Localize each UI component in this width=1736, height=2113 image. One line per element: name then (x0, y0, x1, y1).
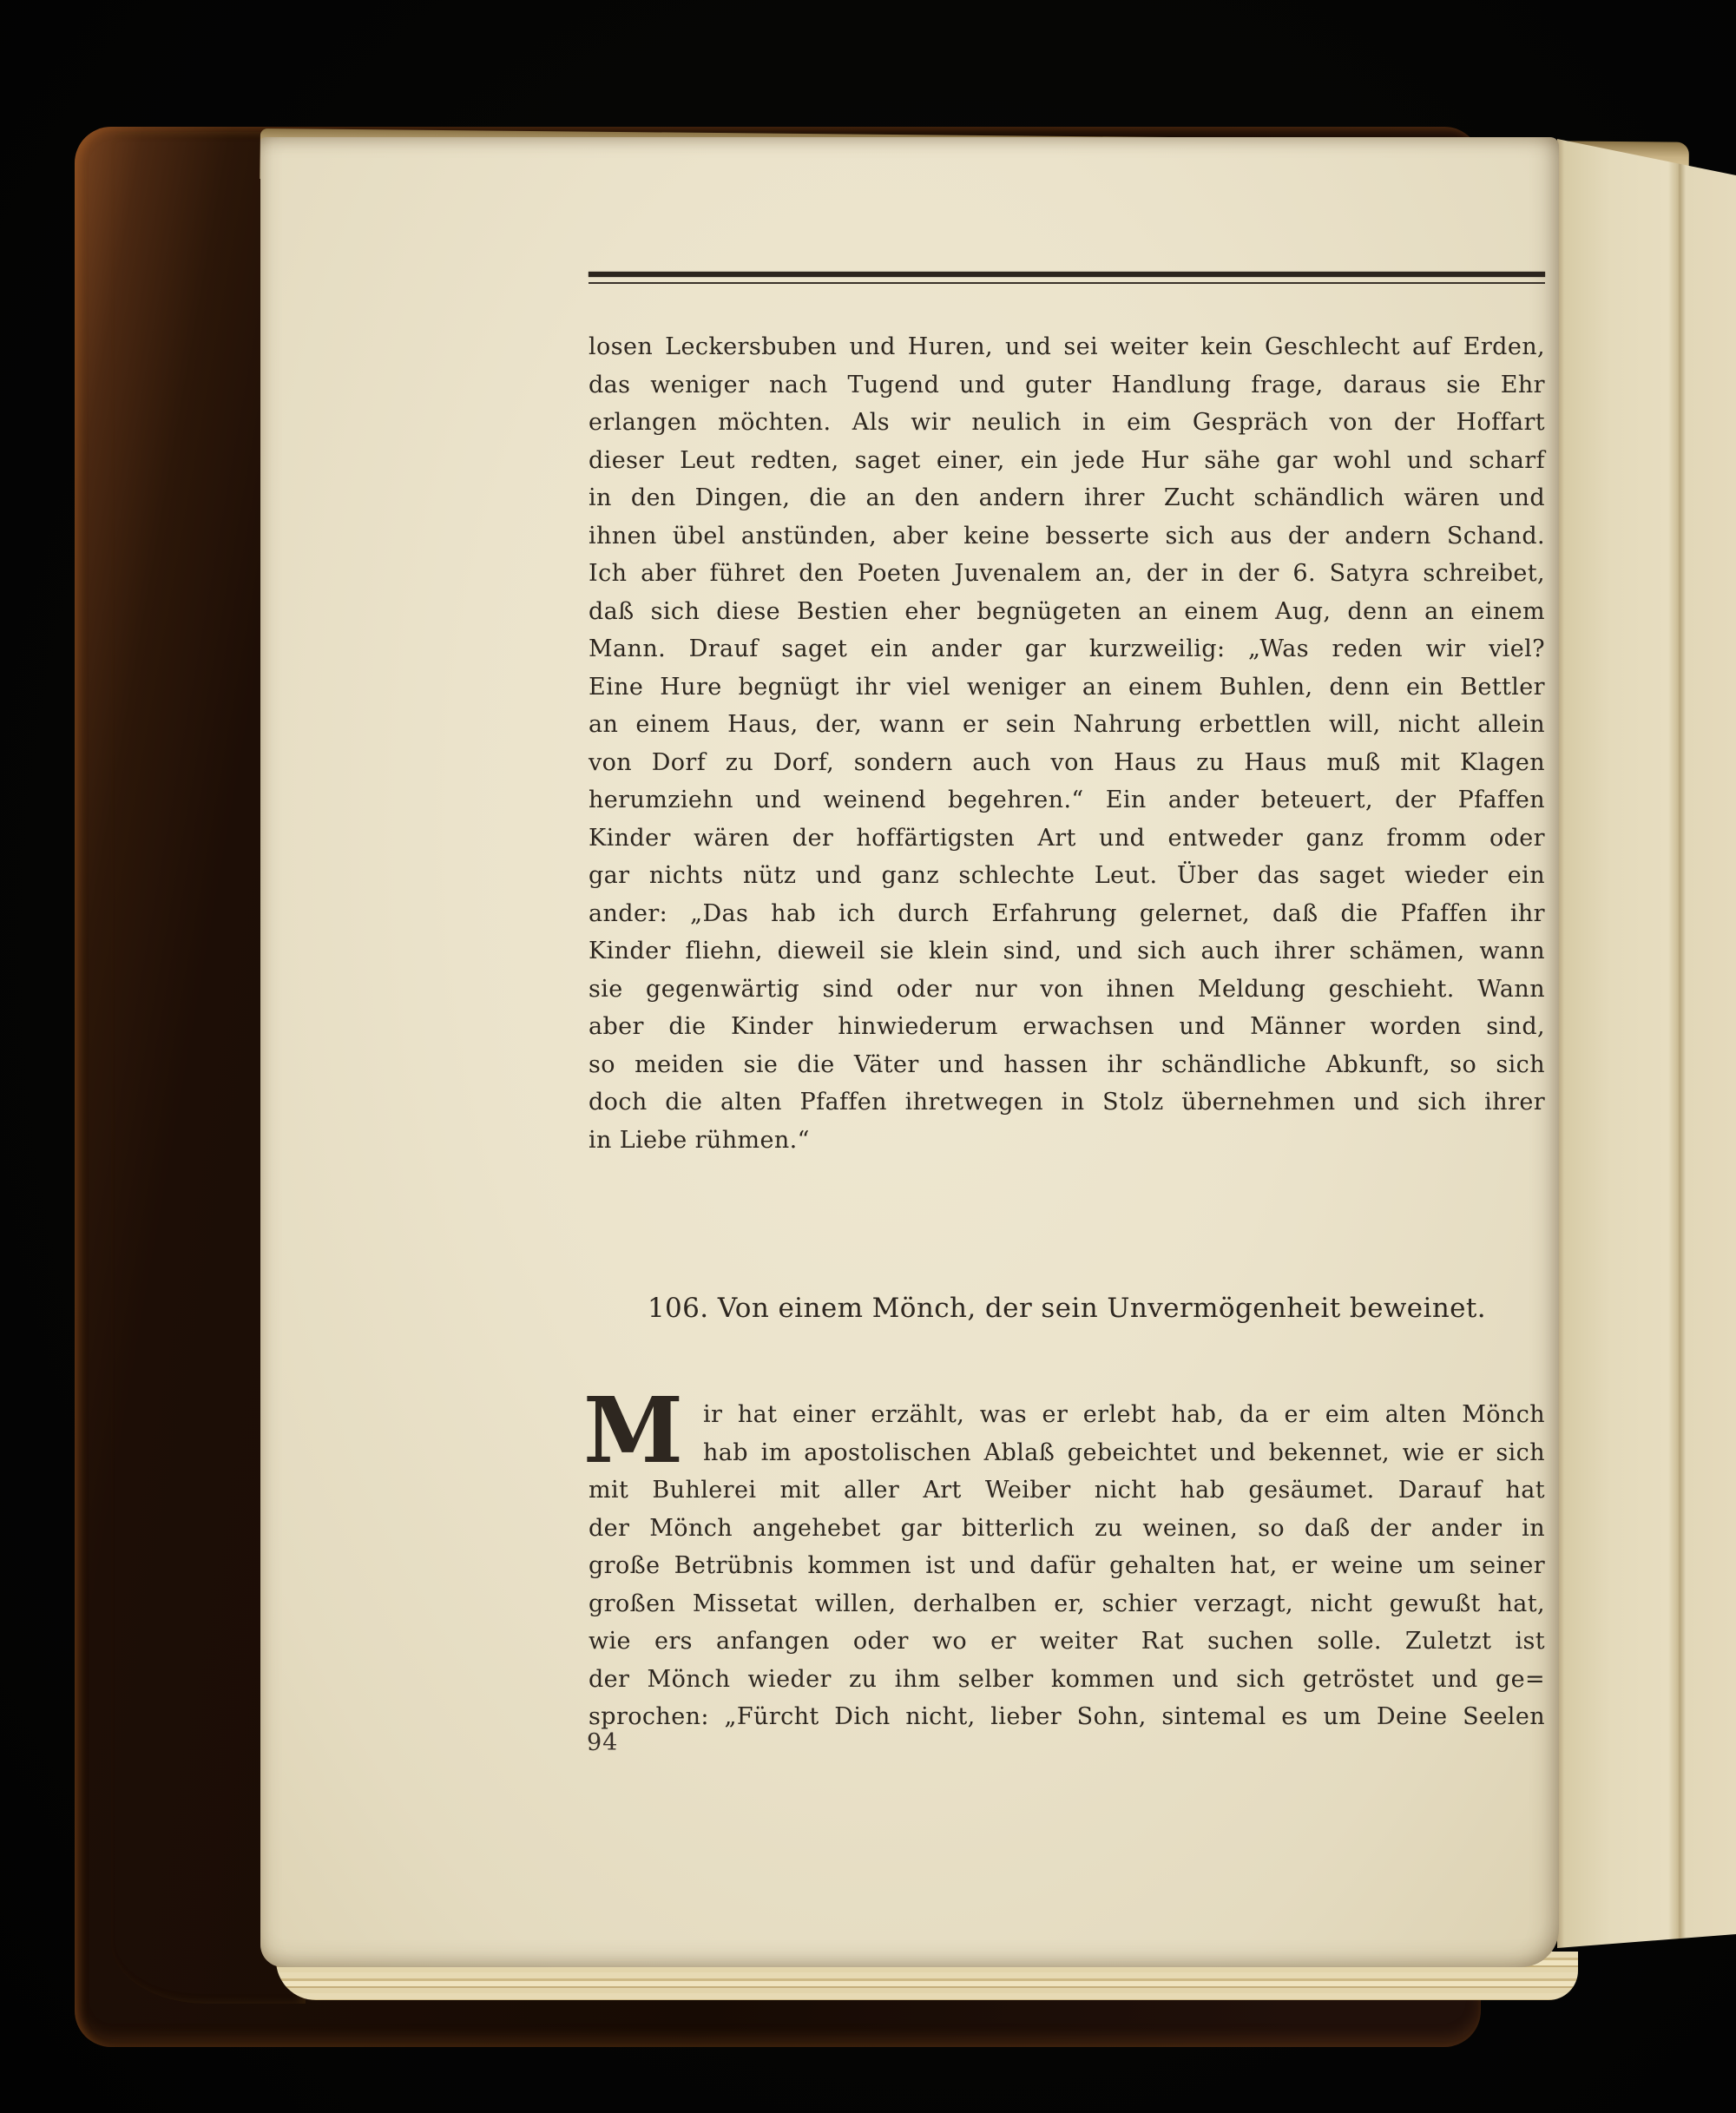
body-paragraph-2: M ir hat einer erzählt, was er erlebt ha… (589, 1396, 1545, 1736)
text-line: sie gegenwärtig sind oder nur von ihnen … (589, 971, 1545, 1009)
text-line: mit Buhlerei mit aller Art Weiber nicht … (589, 1471, 1545, 1510)
right-page-strip (1557, 139, 1736, 1948)
text-line: an einem Haus, der, wann er sein Nahrung… (589, 706, 1545, 744)
drop-cap-initial: M (583, 1387, 683, 1474)
text-line: ihnen übel anstünden, aber keine bessert… (589, 517, 1545, 556)
text-line: große Betrübnis kommen ist und dafür geh… (589, 1547, 1545, 1585)
text-line: hab im apostolischen Ablaß gebeichtet un… (589, 1434, 1545, 1472)
divider-thin-line (589, 282, 1545, 284)
text-line: so meiden sie die Väter und hassen ihr s… (589, 1046, 1545, 1084)
text-line: Kinder wären der hoffärtigsten Art und e… (589, 820, 1545, 858)
text-line: Mann. Drauf saget ein ander gar kurzweil… (589, 630, 1545, 668)
text-line: von Dorf zu Dorf, sondern auch von Haus … (589, 744, 1545, 782)
body-paragraph-1: losen Leckersbuben und Huren, und sei we… (589, 328, 1545, 1159)
book-photo: losen Leckersbuben und Huren, und sei we… (0, 0, 1736, 2113)
text-line: der Mönch wieder zu ihm selber kommen un… (589, 1661, 1545, 1699)
section-divider-rule (589, 272, 1545, 284)
text-line: wie ers anfangen oder wo er weiter Rat s… (589, 1623, 1545, 1661)
text-line: der Mönch angehebet gar bitterlich zu we… (589, 1510, 1545, 1548)
text-line: sprochen: „Fürcht Dich nicht, lieber Soh… (589, 1698, 1545, 1736)
story-heading: 106. Von einem Mönch, der sein Unvermöge… (589, 1288, 1545, 1328)
text-line: gar nichts nütz und ganz schlechte Leut.… (589, 857, 1545, 895)
text-line: doch die alten Pfaffen ihretwegen in Sto… (589, 1083, 1545, 1122)
text-line: das weniger nach Tugend und guter Handlu… (589, 366, 1545, 405)
text-line: daß sich diese Bestien eher begnügeten a… (589, 593, 1545, 631)
text-line: in den Dingen, die an den andern ihrer Z… (589, 479, 1545, 517)
text-line: ir hat einer erzählt, was er erlebt hab,… (589, 1396, 1545, 1434)
text-line: Kinder fliehn, dieweil sie klein sind, u… (589, 932, 1545, 971)
text-line: losen Leckersbuben und Huren, und sei we… (589, 328, 1545, 366)
page-number: 94 (587, 1729, 618, 1756)
text-line: ander: „Das hab ich durch Erfahrung gele… (589, 895, 1545, 933)
left-page: losen Leckersbuben und Huren, und sei we… (260, 137, 1559, 1967)
divider-thick-line (589, 272, 1545, 277)
text-line: großen Missetat willen, derhalben er, sc… (589, 1585, 1545, 1623)
text-line: aber die Kinder hinwiederum erwachsen un… (589, 1008, 1545, 1046)
text-line: herumziehn und weinend begehren.“ Ein an… (589, 781, 1545, 820)
text-line: dieser Leut redten, saget einer, ein jed… (589, 442, 1545, 480)
text-line: Ich aber führet den Poeten Juvenalem an,… (589, 555, 1545, 593)
text-line: Eine Hure begnügt ihr viel weniger an ei… (589, 668, 1545, 707)
text-line: in Liebe rühmen.“ (589, 1122, 1545, 1160)
text-line: erlangen möchten. Als wir neulich in eim… (589, 404, 1545, 442)
